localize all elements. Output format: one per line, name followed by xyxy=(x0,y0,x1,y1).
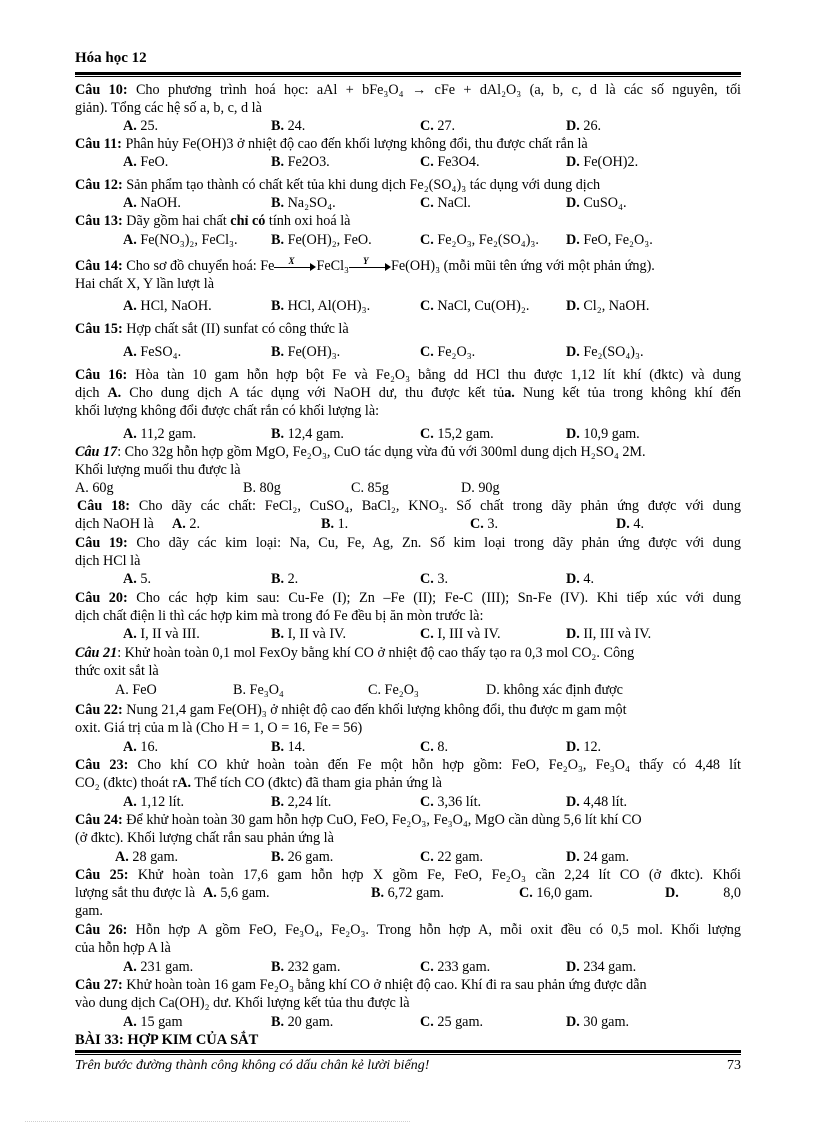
question-text: Hợp chất sắt (II) sunfat có công thức là xyxy=(126,321,348,337)
option-b-label: B. xyxy=(271,232,284,248)
option-b: 232 gam. xyxy=(288,959,341,975)
option-c: C. 85g xyxy=(351,480,389,497)
question-label: Câu 14: xyxy=(75,258,123,274)
option-b: 26 gam. xyxy=(288,849,334,865)
question-text: Hai chất X, Y lần lượt là xyxy=(75,276,214,292)
option-c: 8. xyxy=(437,739,448,755)
option-b: Fe2O3. xyxy=(288,154,330,170)
option-d: Fe(OH)2. xyxy=(583,154,638,170)
question-14-cont: Hai chất X, Y lần lượt là xyxy=(75,276,741,293)
footer-rule xyxy=(75,1050,741,1055)
option-a-label: A. xyxy=(123,626,137,642)
option-a-label: A. xyxy=(123,118,137,134)
question-label: Câu 24: xyxy=(75,812,123,828)
option-b: HCl, Al(OH)₃. xyxy=(288,298,371,314)
question-16-cont: dịch A. Cho dung dịch A tác dụng với NaO… xyxy=(75,385,741,402)
option-a-label: A. xyxy=(123,739,137,755)
option-c: C. Fe₂O₃ xyxy=(368,682,419,699)
option-a: 5. xyxy=(140,571,151,587)
option-b-label: B. xyxy=(271,298,284,314)
question-10: Câu 10: Cho phương trình hoá học: aAl + … xyxy=(75,82,741,99)
question-20: Câu 20: Cho các hợp kim sau: Cu-Fe (I); … xyxy=(75,590,741,607)
option-a: NaOH. xyxy=(140,195,181,211)
header-rule xyxy=(75,72,741,77)
question-text: Cho dãy các kim loại: Na, Cu, Fe, Ag, Zn… xyxy=(136,535,741,551)
option-b: 2. xyxy=(288,571,299,587)
option-a: FeSO₄. xyxy=(140,344,181,360)
option-b: 12,4 gam. xyxy=(288,426,344,442)
question-label: Câu 18: xyxy=(77,498,130,514)
option-d: 4,48 lít. xyxy=(583,794,627,810)
question-26: Câu 26: Hỗn hợp A gồm FeO, Fe₃O₄, Fe₂O₃.… xyxy=(75,922,741,939)
option-a: A. FeO xyxy=(115,682,157,699)
option-c: 3. xyxy=(487,516,498,532)
option-d: 10,9 gam. xyxy=(583,426,639,442)
question-label: Câu 25: xyxy=(75,867,129,883)
option-b-label: B. xyxy=(271,959,284,975)
question-label: Câu 12: xyxy=(75,177,123,193)
option-a: 2. xyxy=(189,516,200,532)
question-27: Câu 27: Khử hoàn toàn 16 gam Fe₂O₃ bằng … xyxy=(75,977,741,994)
question-25: Câu 25: Khử hoàn toàn 17,6 gam hỗn hợp X… xyxy=(75,867,741,884)
option-d-label: D. xyxy=(566,426,580,442)
option-a-label: A. xyxy=(123,154,137,170)
option-b: B. Fe₃O₄ xyxy=(233,682,284,699)
option-a-label: A. xyxy=(203,885,217,901)
option-a-label: A. xyxy=(123,344,137,360)
option-c: 233 gam. xyxy=(437,959,490,975)
option-a-label: A. xyxy=(123,794,137,810)
option-d: II, III và IV. xyxy=(583,626,651,642)
option-d-label: D. xyxy=(566,154,580,170)
question-16: Câu 16: Hòa tàn 10 gam hỗn hợp bột Fe và… xyxy=(75,367,741,384)
question-text: Phân hủy Fe(OH)3 ở nhiệt độ cao đến khối… xyxy=(125,136,587,152)
option-a: FeO. xyxy=(140,154,168,170)
question-25-cont: gam. xyxy=(75,903,741,920)
question-20-cont: dịch chất điện li thì các hợp kim mà tro… xyxy=(75,608,741,625)
option-b-label: B. xyxy=(271,626,284,642)
option-c-label: C. xyxy=(420,1014,434,1030)
option-a: 15 gam xyxy=(140,1014,182,1030)
question-label: Câu 16: xyxy=(75,367,127,383)
question-text: Sản phẩm tạo thành có chất kết tủa khi d… xyxy=(126,177,600,193)
option-b: Fe(OH)₂, FeO. xyxy=(288,232,372,248)
option-a: 16. xyxy=(140,739,158,755)
option-c: Fe₂O₃, Fe₂(SO₄)₃. xyxy=(437,232,539,248)
option-a: HCl, NaOH. xyxy=(140,298,211,314)
question-text: Dãy gồm hai chất xyxy=(126,213,226,229)
option-a: Fe(NO₃)₂, FeCl₃. xyxy=(140,232,237,248)
question-label: Câu 10: xyxy=(75,82,128,98)
option-d-label: D. xyxy=(665,885,679,901)
question-text: Cho các hợp kim sau: Cu-Fe (I); Zn –Fe (… xyxy=(136,590,741,606)
option-b-label: B. xyxy=(271,426,284,442)
question-22-cont: oxit. Giá trị của m là (Cho H = 1, O = 1… xyxy=(75,720,741,737)
question-text: Hỗn hợp A gồm FeO, Fe₃O₄, Fe₂O₃. Trong h… xyxy=(136,922,741,938)
option-a-label: A. xyxy=(123,1014,137,1030)
option-b-label: B. xyxy=(271,195,284,211)
option-d: Fe₂(SO₄)₃. xyxy=(583,344,643,360)
option-d: 12. xyxy=(583,739,601,755)
question-text: Cho khí CO khử hoàn toàn đến Fe một hỗn … xyxy=(137,757,741,773)
question-27-cont: vào dung dịch Ca(OH)₂ dư. Khối lượng kết… xyxy=(75,995,741,1012)
question-label: Câu 26: xyxy=(75,922,127,938)
question-text: Cho dãy các chất: FeCl₂, CuSO₄, BaCl₂, K… xyxy=(139,498,741,514)
question-label: Câu 23: xyxy=(75,757,128,773)
option-d-label: D. xyxy=(566,344,580,360)
option-b: 20 gam. xyxy=(288,1014,334,1030)
question-24: Câu 24: Để khử hoàn toàn 30 gam hỗn hợp … xyxy=(75,812,741,829)
question-text: Để khử hoàn toàn 30 gam hỗn hợp CuO, FeO… xyxy=(126,812,641,828)
option-c: 22 gam. xyxy=(437,849,483,865)
option-c-label: C. xyxy=(420,626,434,642)
option-d: 234 gam. xyxy=(583,959,636,975)
option-c: 16,0 gam. xyxy=(536,885,592,901)
option-d-label: D. xyxy=(566,849,580,865)
option-d-label: D. xyxy=(616,516,630,532)
option-b: 1. xyxy=(338,516,349,532)
option-c-label: C. xyxy=(420,959,434,975)
question-24-cont: (ở đktc). Khối lượng chất rắn sau phản ứ… xyxy=(75,830,741,847)
option-c-label: C. xyxy=(420,232,434,248)
option-c-label: C. xyxy=(420,571,434,587)
option-c: 27. xyxy=(437,118,455,134)
option-a: 11,2 gam. xyxy=(140,426,196,442)
option-b: Fe(OH)₃. xyxy=(288,344,341,360)
question-label: Câu 17 xyxy=(75,444,117,460)
question-10-cont: giản). Tổng các hệ số a, b, c, d là xyxy=(75,100,741,117)
option-c-label: C. xyxy=(420,344,434,360)
option-d-label: D. xyxy=(566,739,580,755)
option-b-label: B. xyxy=(371,885,384,901)
option-c: I, III và IV. xyxy=(437,626,500,642)
option-d: 26. xyxy=(583,118,601,134)
option-b-label: B. xyxy=(271,1014,284,1030)
option-d: CuSO₄. xyxy=(583,195,626,211)
option-c-label: C. xyxy=(420,195,434,211)
question-21-cont: thức oxit sắt là xyxy=(75,663,741,680)
option-b: I, II và IV. xyxy=(288,626,346,642)
option-a-label: A. xyxy=(123,232,137,248)
question-emphasis: chỉ có xyxy=(230,213,265,229)
question-label: Câu 20: xyxy=(75,590,128,606)
option-c-label: C. xyxy=(420,739,434,755)
option-d: Cl₂, NaOH. xyxy=(583,298,649,314)
option-b-label: B. xyxy=(271,154,284,170)
option-d-label: D. xyxy=(566,195,580,211)
option-b-label: B. xyxy=(271,739,284,755)
question-23-cont: CO₂ (đktc) thoát rA. Thể tích CO (đktc) … xyxy=(75,775,741,792)
option-a: 1,12 lít. xyxy=(140,794,184,810)
question-23: Câu 23: Cho khí CO khử hoàn toàn đến Fe … xyxy=(75,757,741,774)
option-c-label: C. xyxy=(420,298,434,314)
option-b: 2,24 lít. xyxy=(288,794,332,810)
question-16-cont2: khối lượng không đổi được chất rắn có kh… xyxy=(75,403,741,420)
question-text: tính oxi hoá là xyxy=(269,213,351,229)
option-d: 24 gam. xyxy=(583,849,629,865)
option-b-label: B. xyxy=(321,516,334,532)
option-a: 231 gam. xyxy=(140,959,193,975)
option-c: Fe₂O₃. xyxy=(437,344,475,360)
option-c-label: C. xyxy=(420,118,434,134)
page-edge-divider xyxy=(25,1121,410,1122)
option-c-label: C. xyxy=(420,154,434,170)
option-a: A. 60g xyxy=(75,480,114,497)
option-a-label: A. xyxy=(123,426,137,442)
question-text: Khử hoàn toàn 16 gam Fe₂O₃ bằng khí CO ở… xyxy=(126,977,646,993)
option-c-label: C. xyxy=(420,794,434,810)
question-26-cont: của hỗn hợp A là xyxy=(75,940,741,957)
question-label: Câu 11: xyxy=(75,136,122,152)
question-label: Câu 27: xyxy=(75,977,123,993)
option-c-label: C. xyxy=(420,426,434,442)
page-number: 73 xyxy=(727,1058,741,1074)
option-a: 5,6 gam. xyxy=(220,885,269,901)
option-c: 25 gam. xyxy=(437,1014,483,1030)
option-d-label: D. xyxy=(566,571,580,587)
question-label: Câu 21 xyxy=(75,645,117,661)
option-a-label: A. xyxy=(123,298,137,314)
question-text: FeCl₃ xyxy=(316,258,349,274)
option-b: 6,72 gam. xyxy=(388,885,444,901)
question-label: Câu 15: xyxy=(75,321,123,337)
header-title: Hóa học 12 xyxy=(75,50,147,67)
option-c: NaCl, Cu(OH)₂. xyxy=(437,298,529,314)
option-a: 28 gam. xyxy=(132,849,178,865)
question-text: Cho phương trình hoá học: aAl + bFe₃O₄ →… xyxy=(136,82,741,98)
option-d-label: D. xyxy=(566,232,580,248)
option-c: 3,36 lít. xyxy=(437,794,481,810)
option-b: B. 80g xyxy=(243,480,281,497)
option-d: 4. xyxy=(583,571,594,587)
option-b-label: B. xyxy=(271,849,284,865)
option-d: D. không xác định được xyxy=(486,682,623,699)
option-b-label: B. xyxy=(271,118,284,134)
question-19-cont: dịch HCl là xyxy=(75,553,741,570)
question-14: Câu 14: Cho sơ đồ chuyển hoá: FeXFeCl₃YF… xyxy=(75,258,741,275)
option-b-label: B. xyxy=(271,794,284,810)
question-text: : Cho 32g hỗn hợp gồm MgO, Fe₂O₃, CuO tá… xyxy=(117,444,645,460)
question-15: Câu 15: Hợp chất sắt (II) sunfat có công… xyxy=(75,321,741,338)
question-text: giản). Tổng các hệ số a, b, c, d là xyxy=(75,100,262,116)
option-d: 30 gam. xyxy=(583,1014,629,1030)
question-label: Câu 19: xyxy=(75,535,128,551)
question-22: Câu 22: Nung 21,4 gam Fe(OH)₃ ở nhiệt độ… xyxy=(75,702,741,719)
option-d: 8,0 xyxy=(723,885,741,902)
option-d-label: D. xyxy=(566,626,580,642)
option-a-label: A. xyxy=(115,849,129,865)
option-d: D. 90g xyxy=(461,480,500,497)
question-label: Câu 22: xyxy=(75,702,123,718)
question-18: Câu 18: Cho dãy các chất: FeCl₂, CuSO₄, … xyxy=(75,498,741,515)
option-d-label: D. xyxy=(566,794,580,810)
option-a-label: A. xyxy=(123,195,137,211)
question-text: Nung 21,4 gam Fe(OH)₃ ở nhiệt độ cao đến… xyxy=(126,702,626,718)
question-text: Khử hoàn toàn 17,6 gam hỗn hợp X gồm Fe,… xyxy=(138,867,741,883)
option-d: FeO, Fe₂O₃. xyxy=(583,232,652,248)
option-a-label: A. xyxy=(123,959,137,975)
question-12: Câu 12: Sản phẩm tạo thành có chất kết t… xyxy=(75,177,741,194)
question-17-cont: Khối lượng muối thu được là xyxy=(75,462,741,479)
question-17: Câu 17: Cho 32g hỗn hợp gồm MgO, Fe₂O₃, … xyxy=(75,444,741,461)
question-13: Câu 13: Dãy gồm hai chất chỉ có tính oxi… xyxy=(75,213,741,230)
option-b-label: B. xyxy=(271,571,284,587)
option-d-label: D. xyxy=(566,118,580,134)
option-c: NaCl. xyxy=(437,195,471,211)
question-text: Cho sơ đồ chuyển hoá: Fe xyxy=(126,258,274,274)
arrow-icon: Y xyxy=(349,262,391,272)
option-a: I, II và III. xyxy=(140,626,199,642)
option-c: 15,2 gam. xyxy=(437,426,493,442)
arrow-icon: X xyxy=(274,262,316,272)
option-c: Fe3O4. xyxy=(437,154,479,170)
section-heading: BÀI 33: HỢP KIM CỦA SẮT xyxy=(75,1032,258,1049)
option-c-label: C. xyxy=(519,885,533,901)
option-a: 25. xyxy=(140,118,158,134)
footer-motto: Trên bước đường thành công không có dấu … xyxy=(75,1058,429,1074)
question-label: Câu 13: xyxy=(75,213,123,229)
option-c: 3. xyxy=(437,571,448,587)
option-c-label: C. xyxy=(470,516,484,532)
option-b: Na₂SO₄. xyxy=(288,195,336,211)
question-text: Fe(OH)₃ (mỗi mũi tên ứng với một phản ứn… xyxy=(391,258,655,274)
option-c-label: C. xyxy=(420,849,434,865)
question-11: Câu 11: Phân hủy Fe(OH)3 ở nhiệt độ cao … xyxy=(75,136,741,153)
option-b-label: B. xyxy=(271,344,284,360)
question-text: : Khử hoàn toàn 0,1 mol FexOy bằng khí C… xyxy=(117,645,634,661)
option-d-label: D. xyxy=(566,1014,580,1030)
question-19: Câu 19: Cho dãy các kim loại: Na, Cu, Fe… xyxy=(75,535,741,552)
option-b: 14. xyxy=(288,739,306,755)
question-text: Hòa tàn 10 gam hỗn hợp bột Fe và Fe₂O₃ b… xyxy=(135,367,741,383)
option-b: 24. xyxy=(288,118,306,134)
option-a-label: A. xyxy=(123,571,137,587)
question-21: Câu 21: Khử hoàn toàn 0,1 mol FexOy bằng… xyxy=(75,645,741,662)
option-d: 4. xyxy=(633,516,644,532)
option-a-label: A. xyxy=(172,516,186,532)
option-d-label: D. xyxy=(566,298,580,314)
option-d-label: D. xyxy=(566,959,580,975)
